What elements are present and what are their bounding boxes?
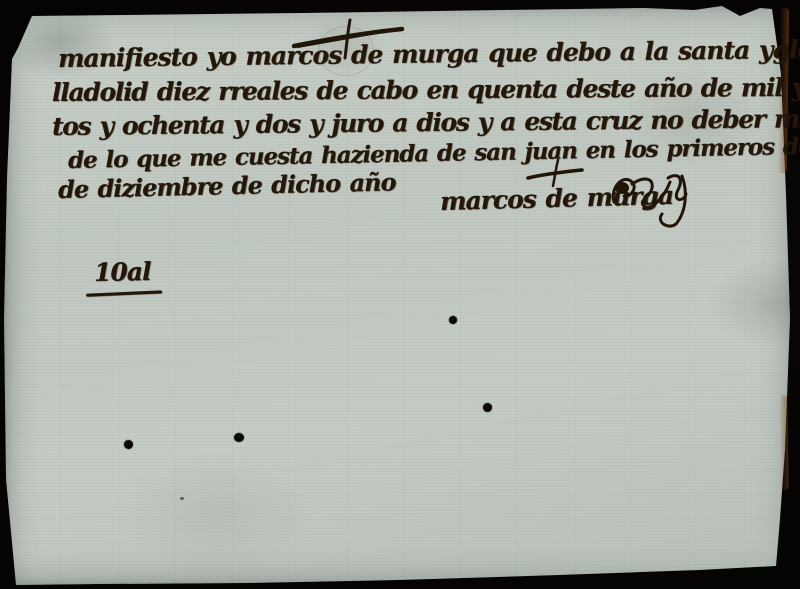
- paper-speck: [180, 497, 184, 500]
- deckle-edge-mid-right: [779, 395, 789, 490]
- marginal-note: 10al: [94, 257, 151, 287]
- ink-dot: [449, 316, 457, 324]
- ink-dot: [124, 440, 133, 449]
- ink-dot: [483, 403, 492, 412]
- ink-dot: [234, 433, 244, 442]
- manuscript-scan: manifiesto yo marcos de murga que debo a…: [0, 0, 800, 589]
- handwriting-line-2: lladolid diez rreales de cabo en quenta …: [52, 72, 800, 107]
- signature-rubric-icon: [608, 168, 694, 230]
